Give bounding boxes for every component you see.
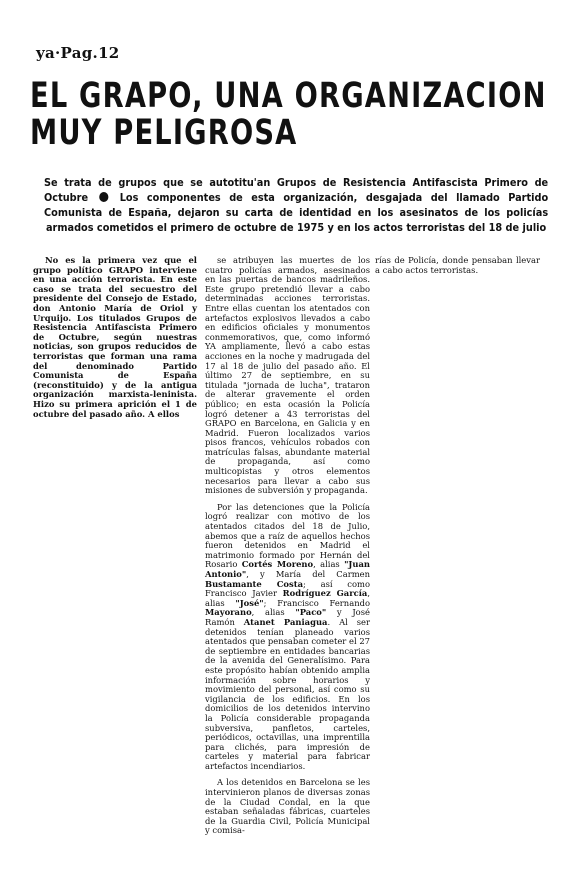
bullet-icon <box>99 192 108 202</box>
subhead-part-2: Los componentes de esta organización, de… <box>44 192 548 234</box>
text-run: , alias <box>252 607 296 617</box>
person-alias: "José" <box>235 598 263 608</box>
paragraph: rías de Policía, donde pensaban llevar a… <box>375 256 540 275</box>
headline-line-1: EL GRAPO, UNA ORGANIZACION <box>30 78 443 115</box>
paragraph: No es la primera vez que el grupo políti… <box>33 256 197 419</box>
person-name: Mayorano <box>205 607 252 617</box>
person-name: Cortés Moreno <box>242 559 313 569</box>
text-run: ; Francisco Fernando <box>264 598 370 608</box>
page-kicker: ya·Pag.12 <box>36 44 120 62</box>
article-column-3: rías de Policía, donde pensaban llevar a… <box>375 256 540 275</box>
paragraph: se atribuyen las muertes de los cuatro p… <box>205 256 370 496</box>
headline-line-2: MUY PELIGROSA <box>30 115 443 152</box>
subheadline: Se trata de grupos que se autotitu'an Gr… <box>44 176 548 236</box>
person-alias: "Paco" <box>295 607 326 617</box>
paragraph: A los detenidos en Barcelona se les inte… <box>205 778 370 836</box>
article-column-2: se atribuyen las muertes de los cuatro p… <box>205 256 370 836</box>
text-run: . Al ser detenidos tenían planeado vario… <box>205 617 370 771</box>
person-name: Bustamante Costa <box>205 579 303 589</box>
text-run: , alias <box>313 559 344 569</box>
article-column-1: No es la primera vez que el grupo políti… <box>33 256 197 419</box>
person-name: Rodríguez García <box>283 588 368 598</box>
person-name: Atanet Paniagua <box>244 617 328 627</box>
text-run: , y María del Carmen <box>246 569 370 579</box>
paragraph: Por las detenciones que la Policía logró… <box>205 503 370 772</box>
headline: EL GRAPO, UNA ORGANIZACION MUY PELIGROSA <box>30 78 443 152</box>
